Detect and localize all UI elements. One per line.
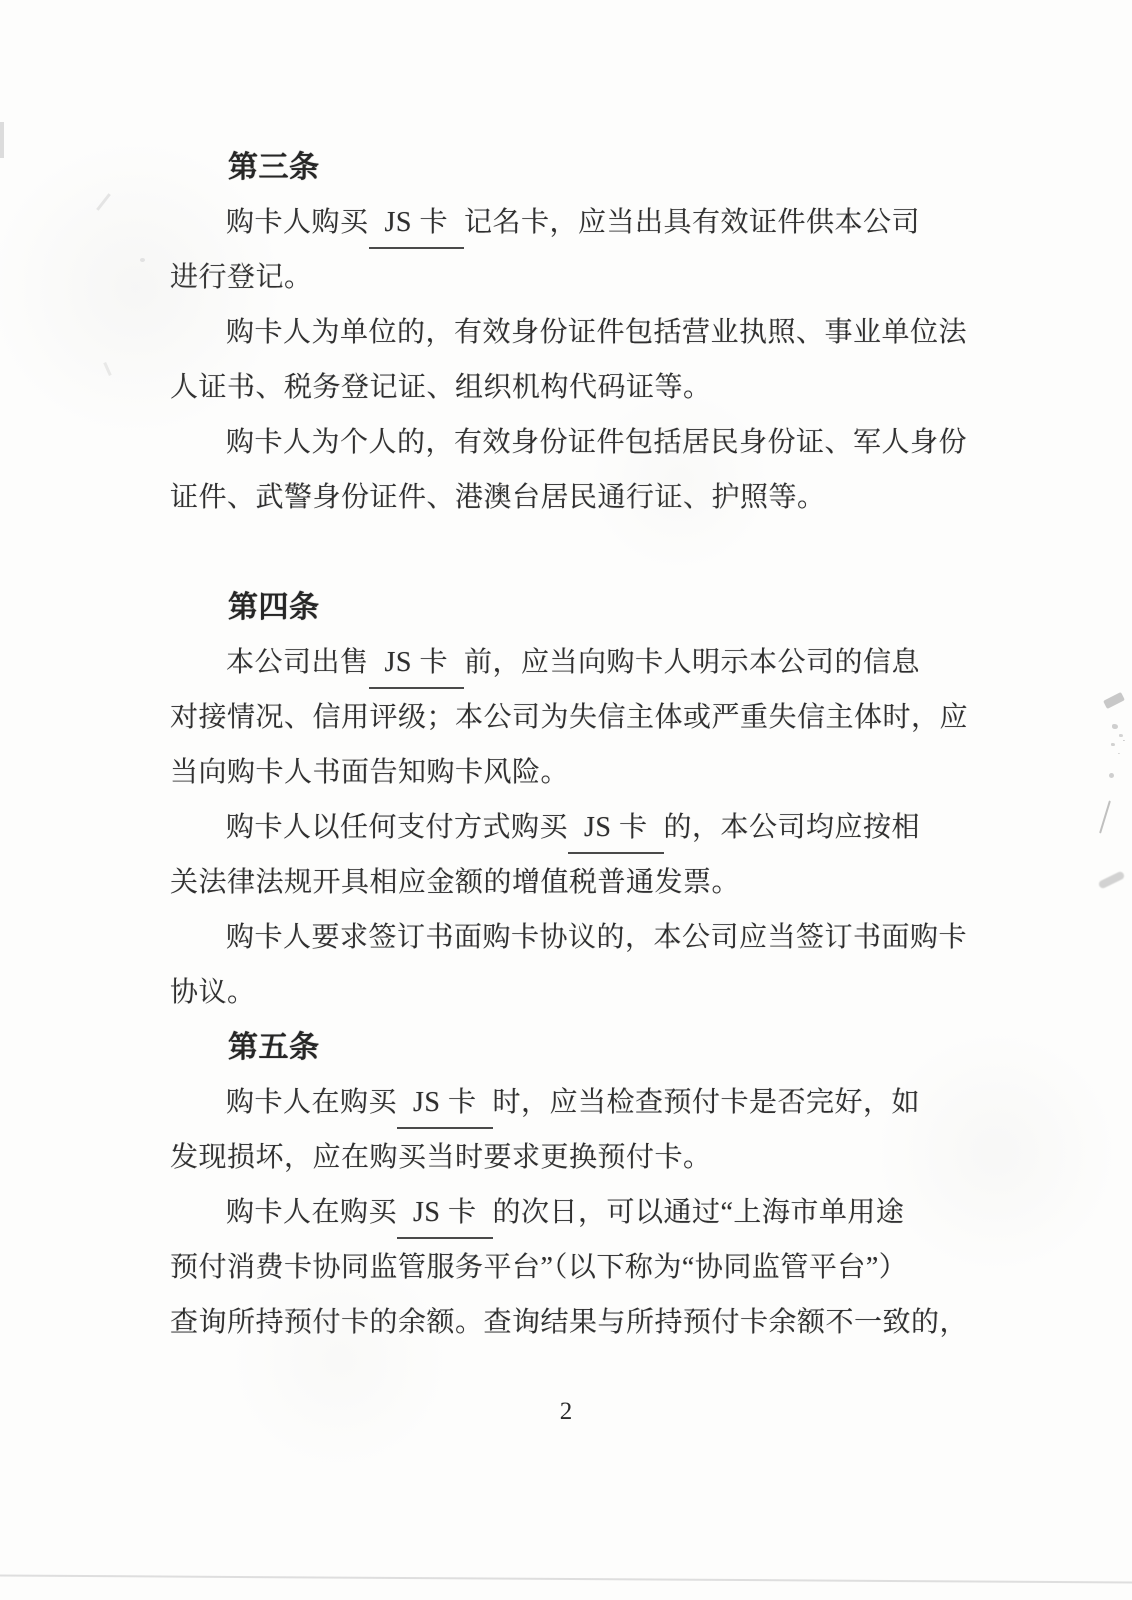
document-body: 第三条购卡人购买JS 卡记名卡，应当出具有效证件供本公司进行登记。购卡人为单位的… bbox=[170, 140, 962, 1350]
document-line: 发现损坏，应在购买当时要求更换预付卡。 bbox=[170, 1130, 962, 1185]
scanned-document-page: 第三条购卡人购买JS 卡记名卡，应当出具有效证件供本公司进行登记。购卡人为单位的… bbox=[0, 0, 1132, 1600]
underlined-fill-in: JS 卡 bbox=[568, 804, 663, 854]
scan-artifact-thin-line bbox=[1099, 800, 1111, 833]
text-segment: 当向购卡人书面告知购卡风险。 bbox=[170, 757, 569, 788]
document-line: 对接情况、信用评级；本公司为失信主体或严重失信主体时，应 bbox=[170, 690, 962, 745]
text-segment: 购卡人购买 bbox=[226, 207, 369, 238]
document-line: 人证书、税务登记证、组织机构代码证等。 bbox=[170, 360, 962, 415]
text-segment: 本公司出售 bbox=[226, 647, 369, 678]
article-heading: 第五条 bbox=[170, 1020, 962, 1075]
underlined-fill-in: JS 卡 bbox=[397, 1189, 492, 1239]
text-segment: 购卡人为个人的，有效身份证件包括居民身份证、军人身份 bbox=[226, 427, 967, 458]
scan-artifact-left-smudge bbox=[140, 258, 145, 262]
scan-artifact-edge-mark bbox=[0, 122, 4, 158]
document-line: 购卡人要求签订书面购卡协议的，本公司应当签订书面购卡 bbox=[170, 910, 962, 965]
document-line: 预付消费卡协同监管服务平台”（以下称为“协同监管平台”） bbox=[170, 1240, 962, 1295]
underlined-fill-in: JS 卡 bbox=[369, 199, 464, 249]
text-segment: 的次日，可以通过“上海市单用途 bbox=[493, 1197, 905, 1228]
text-segment: 查询所持预付卡的余额。查询结果与所持预付卡余额不一致的， bbox=[170, 1307, 968, 1338]
article-heading: 第四条 bbox=[170, 580, 962, 635]
document-line: 购卡人为单位的，有效身份证件包括营业执照、事业单位法 bbox=[170, 305, 962, 360]
text-segment: 购卡人为单位的，有效身份证件包括营业执照、事业单位法 bbox=[226, 317, 967, 348]
text-segment: 关法律法规开具相应金额的增值税普通发票。 bbox=[170, 867, 740, 898]
document-line: 购卡人以任何支付方式购买JS 卡的，本公司均应按相 bbox=[170, 800, 962, 855]
text-segment: 证件、武警身份证件、港澳台居民通行证、护照等。 bbox=[170, 482, 826, 513]
text-segment: 购卡人在购买 bbox=[226, 1087, 397, 1118]
text-segment: 购卡人在购买 bbox=[226, 1197, 397, 1228]
document-line: 购卡人在购买JS 卡时，应当检查预付卡是否完好，如 bbox=[170, 1075, 962, 1130]
scan-artifact-left-smudge bbox=[96, 193, 111, 211]
text-segment: 对接情况、信用评级；本公司为失信主体或严重失信主体时，应 bbox=[170, 702, 968, 733]
document-line: 购卡人购买JS 卡记名卡，应当出具有效证件供本公司 bbox=[170, 195, 962, 250]
underlined-fill-in: JS 卡 bbox=[397, 1079, 492, 1129]
text-segment: 预付消费卡协同监管服务平台”（以下称为“协同监管平台”） bbox=[170, 1252, 907, 1283]
blank-line bbox=[170, 525, 962, 580]
document-line: 当向购卡人书面告知购卡风险。 bbox=[170, 745, 962, 800]
text-segment: 前，应当向购卡人明示本公司的信息 bbox=[464, 647, 920, 678]
text-segment: 购卡人要求签订书面购卡协议的，本公司应当签订书面购卡 bbox=[226, 922, 967, 953]
text-segment: 记名卡，应当出具有效证件供本公司 bbox=[464, 207, 920, 238]
text-segment: 协议。 bbox=[170, 977, 256, 1008]
scan-artifact-dash bbox=[1098, 870, 1126, 889]
document-line: 协议。 bbox=[170, 965, 962, 1020]
scan-artifact-hatch bbox=[1103, 692, 1125, 709]
document-line: 进行登记。 bbox=[170, 250, 962, 305]
document-line: 本公司出售JS 卡前，应当向购卡人明示本公司的信息 bbox=[170, 635, 962, 690]
text-segment: 发现损坏，应在购买当时要求更换预付卡。 bbox=[170, 1142, 712, 1173]
underlined-fill-in: JS 卡 bbox=[369, 639, 464, 689]
text-segment: 的，本公司均应按相 bbox=[664, 812, 921, 843]
scan-artifact-left-smudge bbox=[103, 362, 111, 376]
document-line: 证件、武警身份证件、港澳台居民通行证、护照等。 bbox=[170, 470, 962, 525]
page-number: 2 bbox=[0, 1398, 1132, 1426]
scan-artifact-paper-edge bbox=[0, 1574, 1132, 1583]
scan-artifact-dot bbox=[1109, 773, 1114, 778]
document-line: 关法律法规开具相应金额的增值税普通发票。 bbox=[170, 855, 962, 910]
document-line: 查询所持预付卡的余额。查询结果与所持预付卡余额不一致的， bbox=[170, 1295, 962, 1350]
text-segment: 进行登记。 bbox=[170, 262, 313, 293]
text-segment: 购卡人以任何支付方式购买 bbox=[226, 812, 568, 843]
scan-artifact-specks bbox=[1112, 724, 1118, 729]
text-segment: 人证书、税务登记证、组织机构代码证等。 bbox=[170, 372, 712, 403]
document-line: 购卡人为个人的，有效身份证件包括居民身份证、军人身份 bbox=[170, 415, 962, 470]
text-segment: 时，应当检查预付卡是否完好，如 bbox=[493, 1087, 921, 1118]
document-line: 购卡人在购买JS 卡的次日，可以通过“上海市单用途 bbox=[170, 1185, 962, 1240]
article-heading: 第三条 bbox=[170, 140, 962, 195]
